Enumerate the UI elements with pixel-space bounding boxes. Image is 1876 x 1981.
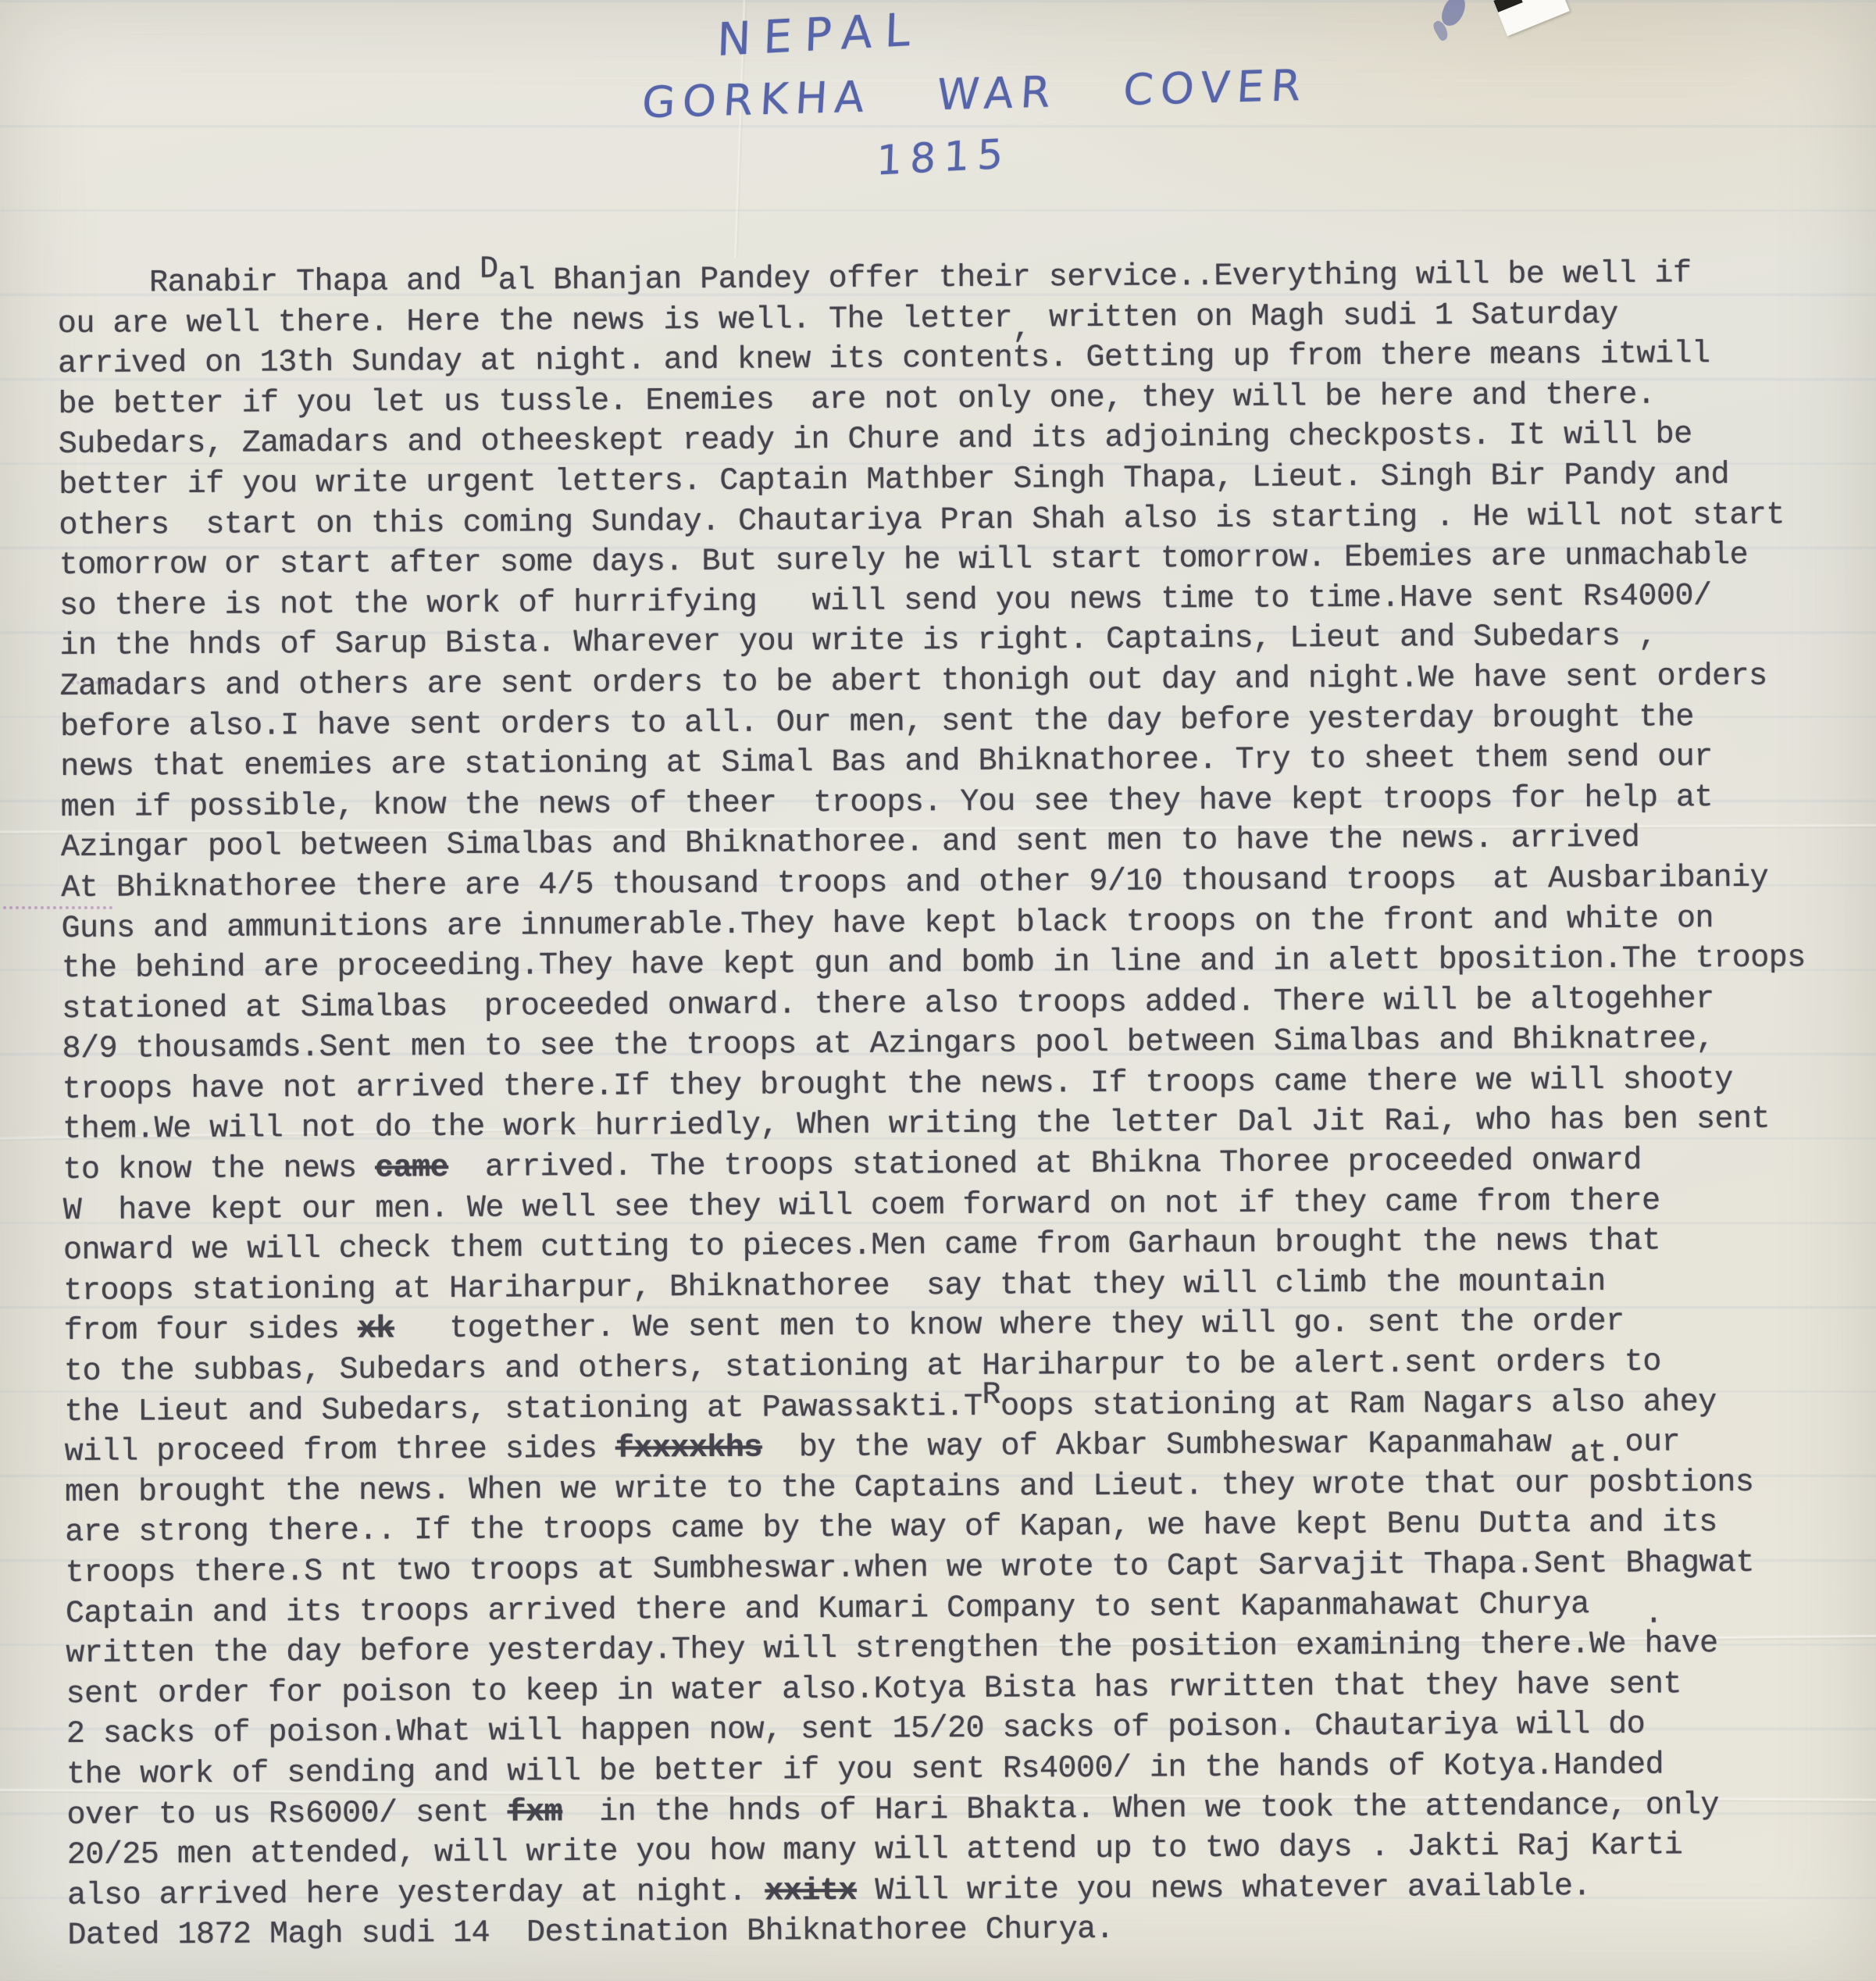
letter-text: ou are well there. Here the news is well… [58, 301, 1012, 341]
struck-out-text: came [375, 1151, 448, 1187]
letter-text: in the hnds of Hari Bhakta. When we took… [562, 1788, 1719, 1830]
letter-text: better if you write urgent letters. Capt… [59, 458, 1729, 503]
letter-text: onward we will check them cutting to pie… [63, 1224, 1660, 1269]
letter-text: Guns and ammunitions are innumerable.The… [61, 901, 1714, 947]
letter-text: so there is not the work of hurrifying w… [59, 579, 1712, 624]
letter-text: written the day before yesterday.They wi… [66, 1626, 1718, 1672]
letter-text: oops stationing at Ram Nagars also ahey [1000, 1385, 1717, 1425]
letter-text: Will write you news whatever available. [857, 1869, 1591, 1909]
letter-text: to know the news [62, 1151, 375, 1188]
struck-out-text: fxm [507, 1795, 562, 1830]
letter-text: Azingar pool between Simalbas and Bhikna… [61, 821, 1640, 866]
letter-text: troops have not arrived there.If they br… [62, 1062, 1733, 1108]
letter-text: R [982, 1377, 1000, 1412]
letter-text: at. [1570, 1436, 1625, 1471]
letter-text: before also.I have sent orders to all. O… [60, 700, 1694, 745]
letter-text: al Bhanjan Pandey offer their service..E… [498, 256, 1692, 298]
letter-text: Zamadars and others are sent orders to b… [60, 659, 1767, 705]
handwritten-year: 1815 [876, 130, 1011, 184]
letter-text: news that enemies are stationing at Sima… [60, 740, 1713, 785]
letter-text: arrived. The troops stationed at Bhikna … [448, 1144, 1642, 1186]
letter-text: also arrived here yesterday at night. [67, 1874, 765, 1913]
letter-text: Captain and its troops arrived there and… [66, 1587, 1645, 1631]
letter-text: men brought the news. When we write to t… [65, 1465, 1754, 1511]
letter-text: Ranabir Thapa and [57, 264, 480, 302]
letter-text: 2 sacks of poison.What will happen now, … [66, 1708, 1646, 1752]
struck-out-text: xxitx [765, 1874, 857, 1910]
letter-page: NEPAL GORKHA WAR COVER 1815 Ranabir Thap… [0, 0, 1876, 1981]
letter-text: from four sides [64, 1312, 358, 1349]
letter-text: 20/25 men attended, will write you how m… [67, 1829, 1683, 1874]
handwritten-country-title: NEPAL [716, 2, 923, 66]
letter-text: , [1012, 311, 1031, 346]
letter-text: are strong there.. If the troops came by… [65, 1505, 1717, 1551]
letter-text: Subedars, Zamadars and otheeskept ready … [59, 418, 1692, 463]
letter-text: the work of sending and will be better i… [66, 1747, 1664, 1792]
letter-text: W have kept our men. We well see they wi… [63, 1183, 1660, 1228]
letter-text: 8/9 thousamds.Sent men to see the troops… [62, 1022, 1714, 1067]
struck-out-text: xk [358, 1312, 394, 1347]
letter-text: . [1644, 1597, 1663, 1632]
letter-text: Dated 1872 Magh sudi 14 Destination Bhik… [67, 1912, 1114, 1954]
struck-out-text: fxxxxkhs [615, 1431, 762, 1467]
letter-text: together. We sent men to know where they… [394, 1305, 1625, 1347]
letter-text: in the hnds of Sarup Bista. Wharever you… [59, 619, 1657, 664]
letter-text: by the way of Akbar Sumbheswar Kapanmaha… [762, 1426, 1570, 1465]
letter-text: troops there.S nt two troops at Sumbhesw… [66, 1546, 1755, 1591]
letter-text: to the subbas, Subedars and others, stat… [64, 1345, 1661, 1390]
letter-text: be better if you let us tussle. Enemies … [58, 377, 1655, 422]
letter-text: over to us Rs6000/ sent [66, 1795, 507, 1833]
letter-text: the behind are proceeding.They have kept… [62, 941, 1806, 987]
letter-body: Ranabir Thapa and Dal Bhanjan Pandey off… [57, 253, 1864, 1957]
handwritten-subject-title: GORKHA WAR COVER [640, 60, 1309, 127]
letter-text: men if possible, know the news of theer … [61, 780, 1714, 826]
letter-text: will proceed from three sides [65, 1432, 615, 1470]
letter-text: troops stationing at Hariharpur, Bhiknat… [63, 1265, 1606, 1309]
letter-text: the Lieut and Subedars, stationing at Pa… [64, 1389, 982, 1430]
letter-text: written on Magh sudi 1 Saturday [1030, 297, 1617, 336]
letter-text: At Bhiknathoree there are 4/5 thousand t… [61, 861, 1768, 906]
letter-text: sent order for poison to keep in water a… [66, 1667, 1682, 1712]
letter-text: D [480, 252, 498, 287]
letter-text: stationed at Simalbas proceeded onward. … [62, 982, 1714, 1027]
letter-text: our [1625, 1426, 1680, 1461]
letter-text: arrived on 13th Sunday at night. and kne… [58, 337, 1710, 382]
letter-text: tomorrow or start after some days. But s… [59, 538, 1749, 584]
